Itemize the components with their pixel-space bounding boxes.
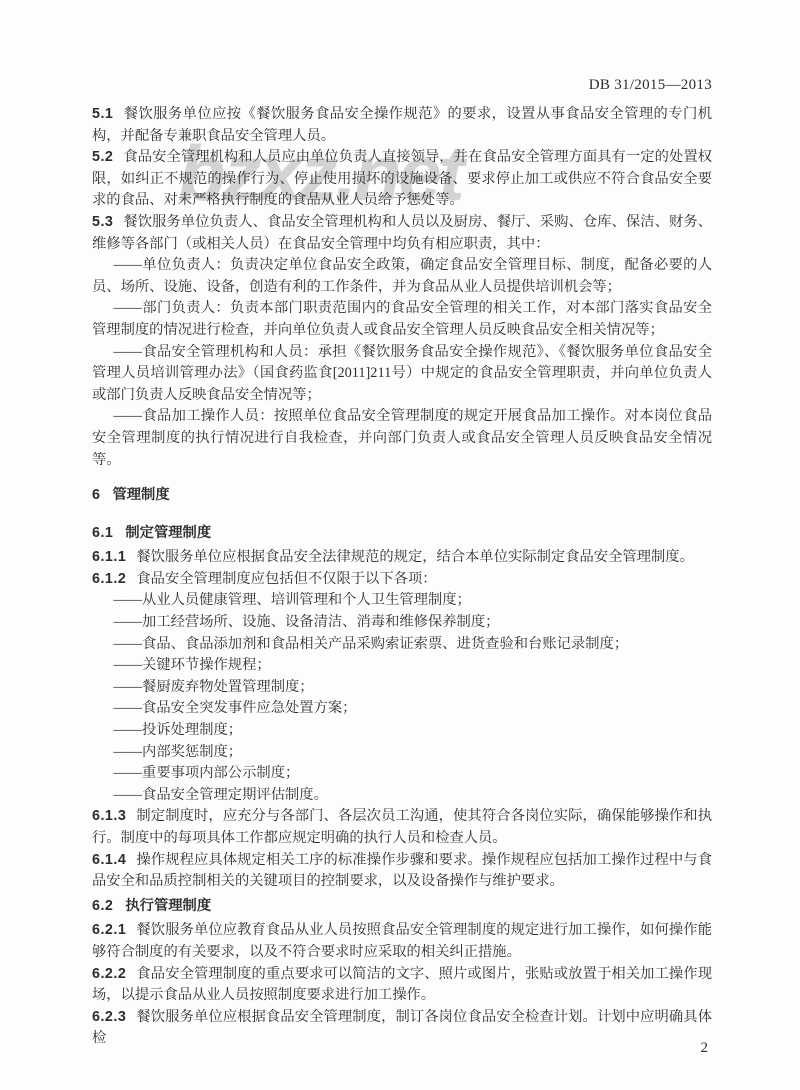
system-item-kitchen-waste: ——餐厨废弃物处置管理制度；	[92, 677, 712, 699]
page-number: 2	[92, 1040, 708, 1057]
section-6-2-heading: 6.2执行管理制度	[92, 896, 712, 918]
section-6-title: 管理制度	[112, 487, 169, 503]
clause-5-3-number: 5.3	[92, 214, 113, 230]
system-item-procurement: ——食品、食品添加剂和食品相关产品采购索证索票、进货查验和台账记录制度；	[92, 634, 712, 656]
clause-6-1-1-number: 6.1.1	[92, 549, 126, 565]
system-item-premises: ——加工经营场所、设施、设备清洁、消毒和维修保养制度；	[92, 612, 712, 634]
system-item-complaints: ——投诉处理制度；	[92, 720, 712, 742]
clause-5-3: 5.3餐饮服务单位负责人、食品安全管理机构和人员以及厨房、餐厅、采购、仓库、保洁…	[92, 212, 712, 255]
document-body: 5.1餐饮服务单位应按《餐饮服务食品安全操作规范》的要求，设置从事食品安全管理的…	[92, 104, 712, 1050]
clause-5-2-text: 食品安全管理机构和人员应由单位负责人直接领导，并在食品安全管理方面具有一定的处置…	[92, 149, 712, 208]
clause-6-1-2-number: 6.1.2	[92, 571, 126, 587]
clause-6-1-3: 6.1.3制定制度时，应充分与各部门、各层次员工沟通，使其符合各岗位实际，确保能…	[92, 806, 712, 849]
clause-5-1: 5.1餐饮服务单位应按《餐饮服务食品安全操作规范》的要求，设置从事食品安全管理的…	[92, 104, 712, 147]
system-item-rewards: ——内部奖惩制度；	[92, 742, 712, 764]
clause-6-1-4-text: 操作规程应具体规定相关工序的标准操作步骤和要求。操作规程应包括加工操作过程中与食…	[92, 852, 712, 890]
system-item-key-procedures: ——关键环节操作规程；	[92, 655, 712, 677]
clause-5-2-number: 5.2	[92, 149, 113, 165]
clause-6-1-3-number: 6.1.3	[92, 808, 126, 824]
system-item-health: ——从业人员健康管理、培训管理和个人卫生管理制度；	[92, 590, 712, 612]
section-6-1-title: 制定管理制度	[125, 525, 211, 541]
clause-5-3-text: 餐饮服务单位负责人、食品安全管理机构和人员以及厨房、餐厅、采购、仓库、保洁、财务…	[92, 214, 712, 252]
duty-item-operators: ——食品加工操作人员：按照单位食品安全管理制度的规定开展食品加工操作。对本岗位食…	[92, 406, 712, 471]
section-6-1-heading: 6.1制定管理制度	[92, 523, 712, 545]
section-6-2-number: 6.2	[92, 898, 113, 914]
clause-6-2-2-number: 6.2.2	[92, 966, 126, 982]
clause-6-1-2: 6.1.2食品安全管理制度应包括但不仅限于以下各项：	[92, 569, 712, 591]
duty-item-safety-staff: ——食品安全管理机构和人员：承担《餐饮服务食品安全操作规范》、《餐饮服务单位食品…	[92, 342, 712, 407]
clause-6-2-1-number: 6.2.1	[92, 922, 126, 938]
clause-6-2-1: 6.2.1餐饮服务单位应教育食品从业人员按照食品安全管理制度的规定进行加工操作，…	[92, 920, 712, 963]
clause-5-1-number: 5.1	[92, 106, 113, 122]
page-header: DB 31/2015—2013	[92, 77, 712, 94]
clause-6-1-4-number: 6.1.4	[92, 852, 126, 868]
clause-6-2-2-text: 食品安全管理制度的重点要求可以简洁的文字、照片或图片，张贴或放置于相关加工操作现…	[92, 966, 712, 1004]
clause-6-2-2: 6.2.2食品安全管理制度的重点要求可以简洁的文字、照片或图片，张贴或放置于相关…	[92, 964, 712, 1007]
clause-6-2-1-text: 餐饮服务单位应教育食品从业人员按照食品安全管理制度的规定进行加工操作，如何操作能…	[92, 922, 712, 960]
standard-number: DB 31/2015—2013	[589, 77, 712, 93]
clause-6-1-4: 6.1.4操作规程应具体规定相关工序的标准操作步骤和要求。操作规程应包括加工操作…	[92, 850, 712, 893]
clause-6-2-3-number: 6.2.3	[92, 1009, 126, 1025]
clause-6-1-3-text: 制定制度时，应充分与各部门、各层次员工沟通，使其符合各岗位实际，确保能够操作和执…	[92, 808, 712, 846]
section-6-number: 6	[92, 487, 100, 503]
system-item-publicity: ——重要事项内部公示制度；	[92, 763, 712, 785]
duty-item-unit-head: ——单位负责人：负责决定单位食品安全政策，确定食品安全管理目标、制度，配备必要的…	[92, 255, 712, 298]
duty-item-dept-head: ——部门负责人：负责本部门职责范围内的食品安全管理的相关工作，对本部门落实食品安…	[92, 298, 712, 341]
document-page: bzxz.net DB 31/2015—2013 5.1餐饮服务单位应按《餐饮服…	[0, 0, 800, 1090]
clause-5-2: 5.2食品安全管理机构和人员应由单位负责人直接领导，并在食品安全管理方面具有一定…	[92, 147, 712, 212]
system-item-evaluation: ——食品安全管理定期评估制度。	[92, 785, 712, 807]
section-6-1-number: 6.1	[92, 525, 113, 541]
clause-5-1-text: 餐饮服务单位应按《餐饮服务食品安全操作规范》的要求，设置从事食品安全管理的专门机…	[92, 106, 712, 144]
clause-6-1-1-text: 餐饮服务单位应根据食品安全法律规范的规定，结合本单位实际制定食品安全管理制度。	[136, 549, 694, 565]
clause-6-1-1: 6.1.1餐饮服务单位应根据食品安全法律规范的规定，结合本单位实际制定食品安全管…	[92, 547, 712, 569]
section-6-2-title: 执行管理制度	[125, 898, 211, 914]
section-6-heading: 6管理制度	[92, 485, 712, 507]
system-item-emergency: ——食品安全突发事件应急处置方案；	[92, 698, 712, 720]
clause-6-1-2-text: 食品安全管理制度应包括但不仅限于以下各项：	[136, 571, 436, 587]
